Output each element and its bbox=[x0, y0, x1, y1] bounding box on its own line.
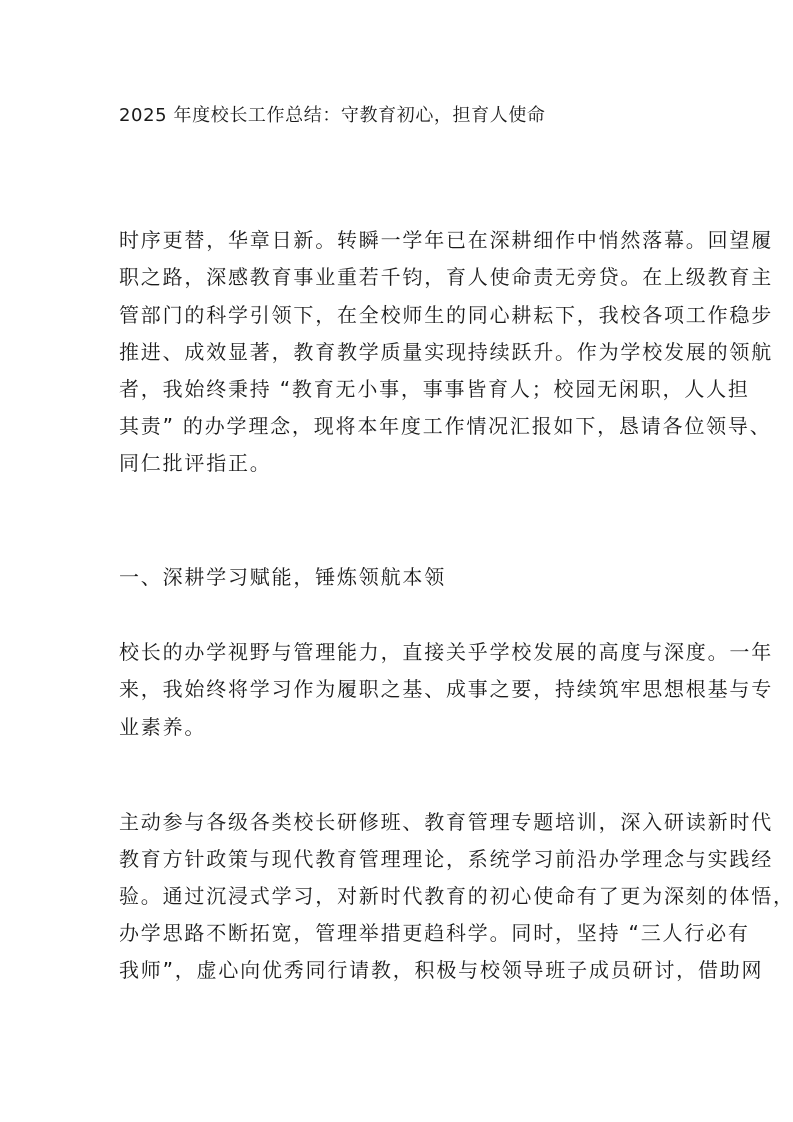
paragraph-line: 者，我始终秉持 “教育无小事，事事皆育人；校园无闲职，人人担 bbox=[119, 377, 750, 401]
paragraph-line: 主动参与各级各类校长研修班、教育管理专题培训，深入研读新时代 bbox=[119, 810, 773, 834]
paragraph-line: 我师”，虚心向优秀同行请教，积极与校领导班子成员研讨，借助网 bbox=[119, 958, 763, 982]
paragraph-line: 教育方针政策与现代教育管理理论，系统学习前沿办学理念与实践经 bbox=[119, 847, 773, 871]
paragraph-line: 校长的办学视野与管理能力，直接关乎学校发展的高度与深度。一年 bbox=[119, 640, 773, 664]
paragraph-line: 办学思路不断拓宽，管理举措更趋科学。同时，坚持 “三人行必有 bbox=[119, 921, 750, 945]
paragraph-line: 其责” 的办学理念，现将本年度工作情况汇报如下，恳请各位领导、 bbox=[119, 414, 772, 438]
paragraph-line: 业素养。 bbox=[119, 715, 206, 739]
paragraph-line: 验。通过沉浸式学习，对新时代教育的初心使命有了更为深刻的体悟， bbox=[119, 884, 793, 908]
paragraph-line: 时序更替，华章日新。转瞬一学年已在深耕细作中悄然落幕。回望履 bbox=[119, 228, 773, 252]
paragraph-line: 来，我始终将学习作为履职之基、成事之要，持续筑牢思想根基与专 bbox=[119, 677, 773, 701]
document-title: 2025 年度校长工作总结：守教育初心，担育人使命 bbox=[119, 104, 546, 128]
paragraph-line: 职之路，深感教育事业重若千钧，育人使命责无旁贷。在上级教育主 bbox=[119, 265, 773, 289]
section-heading: 一、深耕学习赋能，锤炼领航本领 bbox=[119, 565, 446, 589]
paragraph-line: 管部门的科学引领下，在全校师生的同心耕耘下，我校各项工作稳步 bbox=[119, 303, 773, 327]
paragraph-line: 同仁批评指正。 bbox=[119, 451, 272, 475]
paragraph-line: 推进、成效显著，教育教学质量实现持续跃升。作为学校发展的领航 bbox=[119, 340, 773, 364]
